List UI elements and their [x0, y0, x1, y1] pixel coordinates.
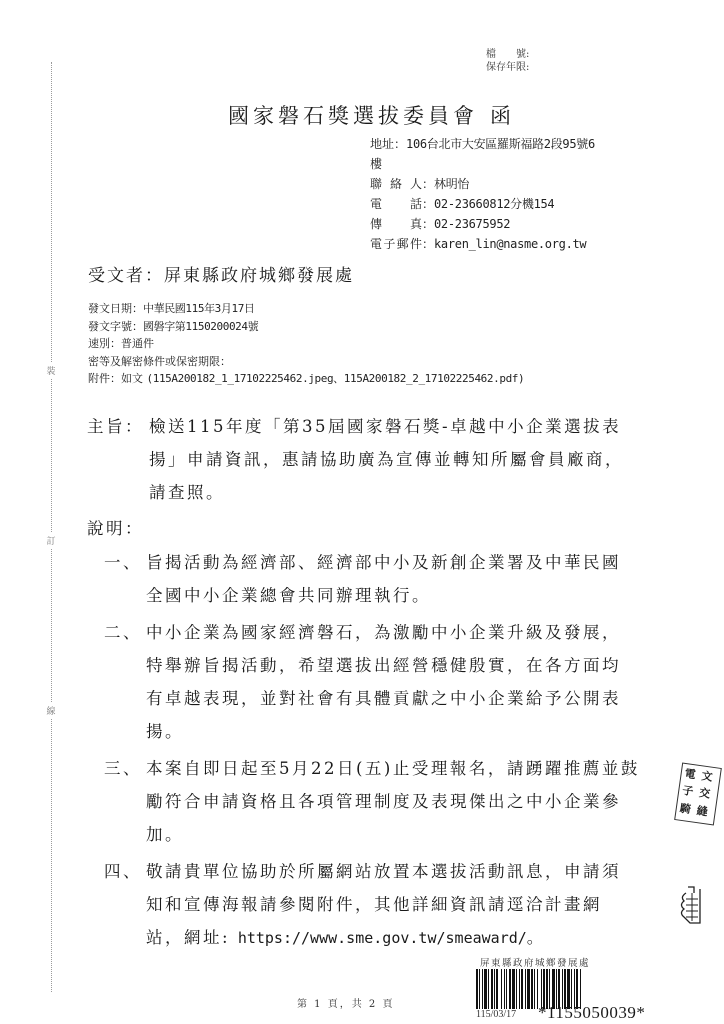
contact-person-label: 聯絡人 — [370, 174, 422, 194]
file-info: 檔 號: 保存年限: — [486, 48, 529, 74]
explanation-item-1: 一、旨揭活動為經濟部、經濟部中小及新創企業署及中華民國 全國中小企業總會共同辦理… — [104, 546, 640, 612]
email-label: 電子郵件 — [370, 234, 422, 254]
phone-value: 02-23660812分機154 — [434, 194, 554, 214]
binding-char-ding: 訂 — [44, 532, 58, 549]
barcode-number: *1155050039* — [538, 1003, 645, 1023]
subject-label: 主旨： — [87, 410, 149, 443]
phone-label: 電話 — [370, 194, 422, 214]
speed-row: 速別：普通件 — [88, 335, 524, 353]
recipient: 受文者：屏東縣政府城鄉發展處 — [88, 261, 354, 286]
document-meta: 發文日期：中華民國115年3月17日 發文字號：國磐字第1150200024號 … — [88, 300, 524, 388]
email-value[interactable]: karen_lin@nasme.org.tw — [434, 234, 586, 254]
fax-label: 傳真 — [370, 214, 422, 234]
explanation-item-2: 二、中小企業為國家經濟磐石，為激勵中小企業升級及發展， 特舉辦旨揭活動，希望選拔… — [104, 616, 640, 748]
issue-date-row: 發文日期：中華民國115年3月17日 — [88, 300, 524, 318]
barcode-date: 115/03/17 — [476, 1009, 516, 1020]
barcode-org: 屏東縣政府城鄉發展處 — [480, 955, 590, 969]
fax-row: 傳真：02-23675952 — [370, 214, 595, 234]
subject-line: 請查照。 — [87, 476, 624, 509]
attachment-row: 附件：如文 (115A200182_1_17102225462.jpeg、115… — [88, 370, 524, 388]
binding-dotted-line — [51, 62, 52, 992]
address-continuation: 樓 — [370, 154, 382, 174]
document-title: 國家磐石獎選拔委員會函 — [228, 100, 515, 130]
phone-row: 電話：02-23660812分機154 — [370, 194, 595, 214]
subject-line: 檢送115年度「第35屆國家磐石獎-卓越中小企業選拔表 — [149, 410, 621, 443]
subject-section: 主旨：檢送115年度「第35屆國家磐石獎-卓越中小企業選拔表 揚」申請資訊，惠請… — [87, 410, 624, 509]
explanation-item-3: 三、本案自即日起至5月22日(五)止受理報名，請踴躍推薦並鼓 勵符合申請資格且各… — [104, 752, 640, 851]
address-value: 106台北市大安區羅斯福路2段95號6 — [406, 134, 595, 154]
fax-value: 02-23675952 — [434, 214, 510, 234]
doc-number-row: 發文字號：國磐字第1150200024號 — [88, 318, 524, 336]
page-indicator: 第 1 頁，共 2 頁 — [297, 995, 394, 1010]
binding-char-zhuang: 裝 — [44, 362, 58, 379]
seal-mark-icon — [676, 885, 706, 925]
org-name: 國家磐石獎選拔委員會 — [228, 104, 478, 128]
address-label: 地址 — [370, 134, 394, 154]
recipient-value: 屏東縣政府城鄉發展處 — [164, 266, 354, 286]
email-row: 電子郵件：karen_lin@nasme.org.tw — [370, 234, 595, 254]
contact-block: 地址：106台北市大安區羅斯福路2段95號6 樓 聯絡人：林明怡 電話：02-2… — [370, 134, 595, 254]
issue-date: 中華民國115年3月17日 — [143, 302, 255, 315]
binding-char-xian: 線 — [44, 702, 58, 719]
retention-period-label: 保存年限: — [486, 61, 529, 74]
file-number-label: 檔 號: — [486, 48, 529, 61]
receipt-stamp: 電文 子交 騎縫 — [674, 762, 722, 825]
explanation-item-4: 四、敬請貴單位協助於所屬網站放置本選拔活動訊息，申請須 知和宣傳海報請參閱附件，… — [104, 855, 640, 955]
address-row: 地址：106台北市大安區羅斯福路2段95號6 — [370, 134, 595, 154]
doc-type: 函 — [490, 104, 515, 128]
doc-number: 國磐字第1150200024號 — [143, 320, 258, 333]
award-website-link[interactable]: https://www.sme.gov.tw/smeaward/ — [238, 929, 527, 947]
attachment-files[interactable]: (115A200182_1_17102225462.jpeg、115A20018… — [147, 372, 525, 385]
speed-value: 普通件 — [121, 337, 154, 350]
explanation-label: 說明： — [87, 515, 144, 539]
explanation-items: 一、旨揭活動為經濟部、經濟部中小及新創企業署及中華民國 全國中小企業總會共同辦理… — [104, 546, 640, 959]
subject-line: 揚」申請資訊，惠請協助廣為宣傳並轉知所屬會員廠商， — [87, 443, 624, 476]
contact-person-row: 聯絡人：林明怡 — [370, 174, 595, 194]
contact-person-value: 林明怡 — [434, 174, 469, 194]
secrecy-row: 密等及解密條件或保密期限： — [88, 353, 524, 371]
recipient-label: 受文者： — [88, 266, 164, 286]
